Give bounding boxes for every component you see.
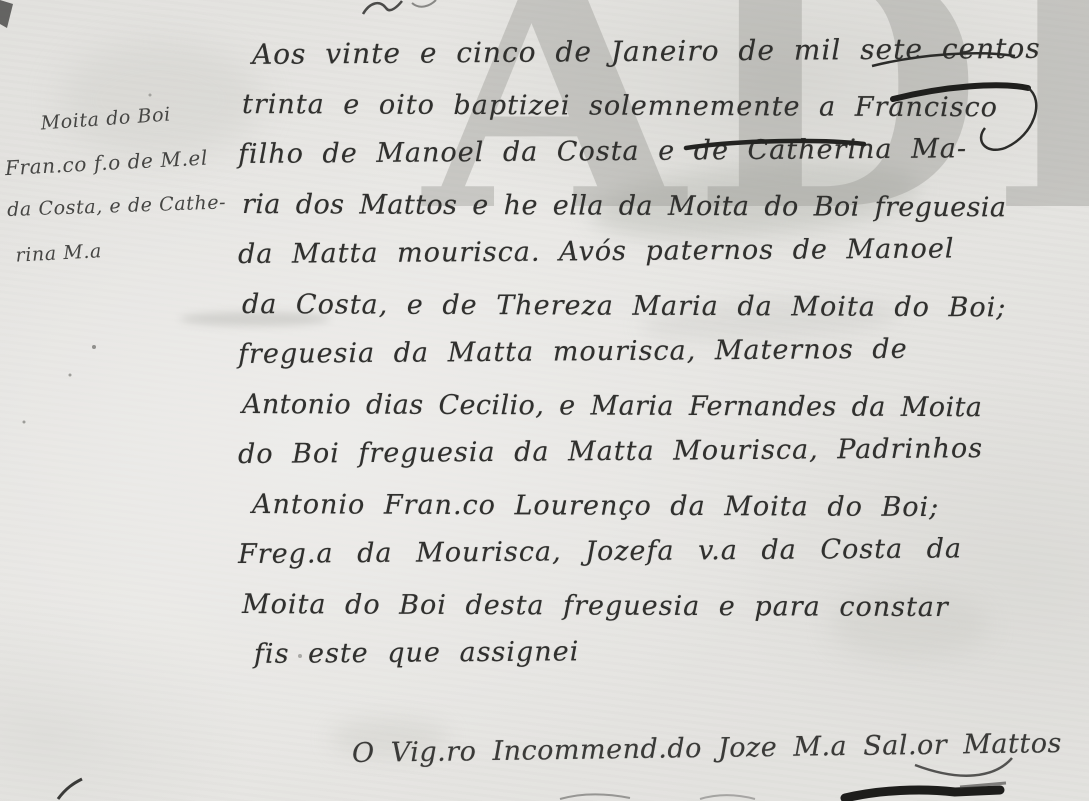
next-line-fragment-bottom [700, 795, 755, 799]
corner-stain [0, 0, 13, 28]
record-line: do Boi freguesia da Matta Mourisca, Padr… [238, 424, 1048, 480]
margin-note: Moita do Boi Fran.co f.o de M.el da Cost… [2, 90, 243, 278]
record-line: fis este que assignei [238, 624, 1048, 680]
record-line: Freg.a da Mourisca, Jozefa v.a da Costa … [238, 524, 1048, 580]
next-line-fragment-bottom [960, 783, 1006, 787]
next-line-fragment-bottom [845, 790, 1000, 798]
record-line: Aos vinte e cinco de Janeiro de mil sete… [238, 24, 1048, 80]
signature-line: O Vig.ro Incommend.do Joze M.a Sal.or Ma… [352, 728, 1062, 769]
paper-speck [92, 345, 96, 349]
record-line: filho de Manoel da Costa e de Catherina … [238, 124, 1048, 180]
paper-speck [69, 374, 72, 377]
paper-speck [23, 421, 26, 424]
scanned-manuscript-page: { "watermark": { "text": "ADI", "color":… [0, 0, 1089, 801]
next-line-fragment-bottom [58, 779, 82, 799]
record-line: da Matta mourisca. Avós paternos de Mano… [238, 224, 1048, 280]
margin-note-line: da Costa, e de Cathe- [6, 180, 239, 232]
prev-line-fragment-top [363, 1, 402, 14]
record-line: freguesia da Matta mourisca, Maternos de [238, 324, 1048, 380]
next-line-fragment-bottom [560, 794, 630, 799]
record-body: Aos vinte e cinco de Janeiro de mil sete… [238, 30, 1048, 680]
